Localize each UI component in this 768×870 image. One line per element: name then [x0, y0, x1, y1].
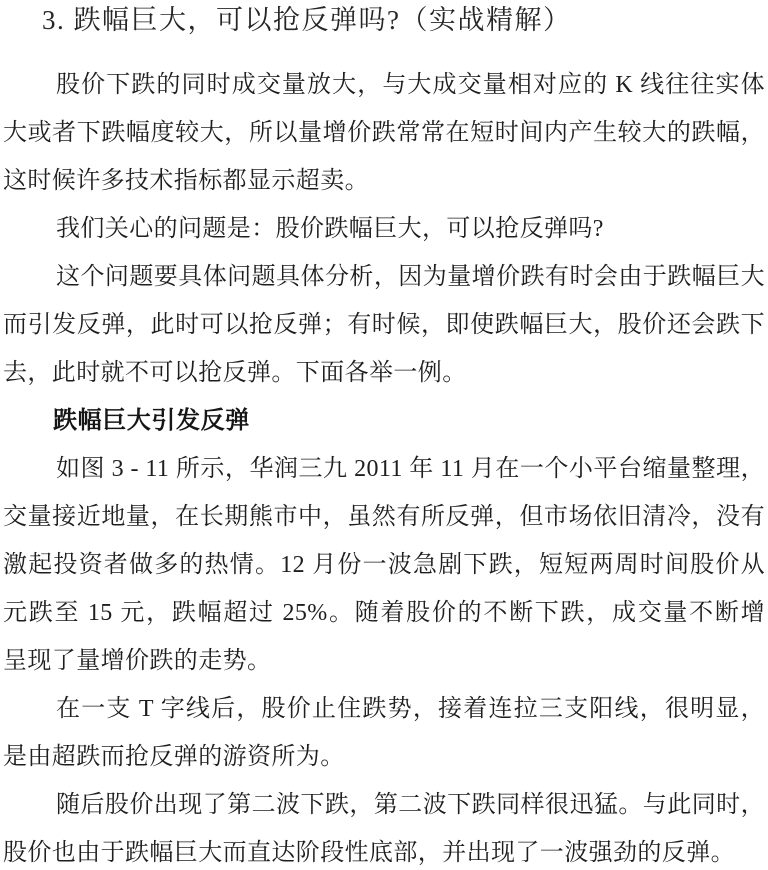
section-title: 3. 跌幅巨大，可以抢反弹吗?（实战精解）	[3, 3, 765, 39]
paragraph-line: 而引发反弹，此时可以抢反弹；有时候，即使跌幅巨大，股价还会跌下	[3, 308, 765, 344]
subsection-heading: 跌幅巨大引发反弹	[3, 404, 765, 440]
paragraph-line: 在一支 T 字线后，股价止住跌势，接着连拉三支阳线，很明显，这	[3, 692, 765, 728]
paragraph-line: 呈现了量增价跌的走势。	[3, 644, 765, 680]
paragraph-line: 大或者下跌幅度较大，所以量增价跌常常在短时间内产生较大的跌幅，	[3, 116, 765, 152]
paragraph-line: 激起投资者做多的热情。12 月份一波急剧下跌，短短两周时间股价从 20	[3, 548, 765, 584]
paragraph-line: 随后股价出现了第二波下跌，第二波下跌同样很迅猛。与此同时，	[3, 788, 765, 824]
paragraph-line: 我们关心的问题是：股价跌幅巨大，可以抢反弹吗?	[3, 212, 765, 248]
book-page: 3. 跌幅巨大，可以抢反弹吗?（实战精解） 股价下跌的同时成交量放大，与大成交量…	[0, 0, 768, 870]
paragraph-line: 这个问题要具体问题具体分析，因为量增价跌有时会由于跌幅巨大	[3, 260, 765, 296]
paragraph-line: 去，此时就不可以抢反弹。下面各举一例。	[3, 356, 765, 392]
paragraph-line: 如图 3 - 11 所示，华润三九 2011 年 11 月在一个小平台缩量整理，…	[3, 452, 765, 488]
paragraph-line: 是由超跌而抢反弹的游资所为。	[3, 740, 765, 776]
paragraph-line: 元跌至 15 元，跌幅超过 25%。随着股价的不断下跌，成交量不断增加，	[3, 596, 765, 632]
paragraph-line: 股价下跌的同时成交量放大，与大成交量相对应的 K 线往往实体较	[3, 68, 765, 104]
paragraph-line: 股价也由于跌幅巨大而直达阶段性底部，并出现了一波强劲的反弹。	[3, 836, 765, 870]
paragraph-line: 这时候许多技术指标都显示超卖。	[3, 164, 765, 200]
paragraph-line: 交量接近地量，在长期熊市中，虽然有所反弹，但市场依旧清冷，没有	[3, 500, 765, 536]
